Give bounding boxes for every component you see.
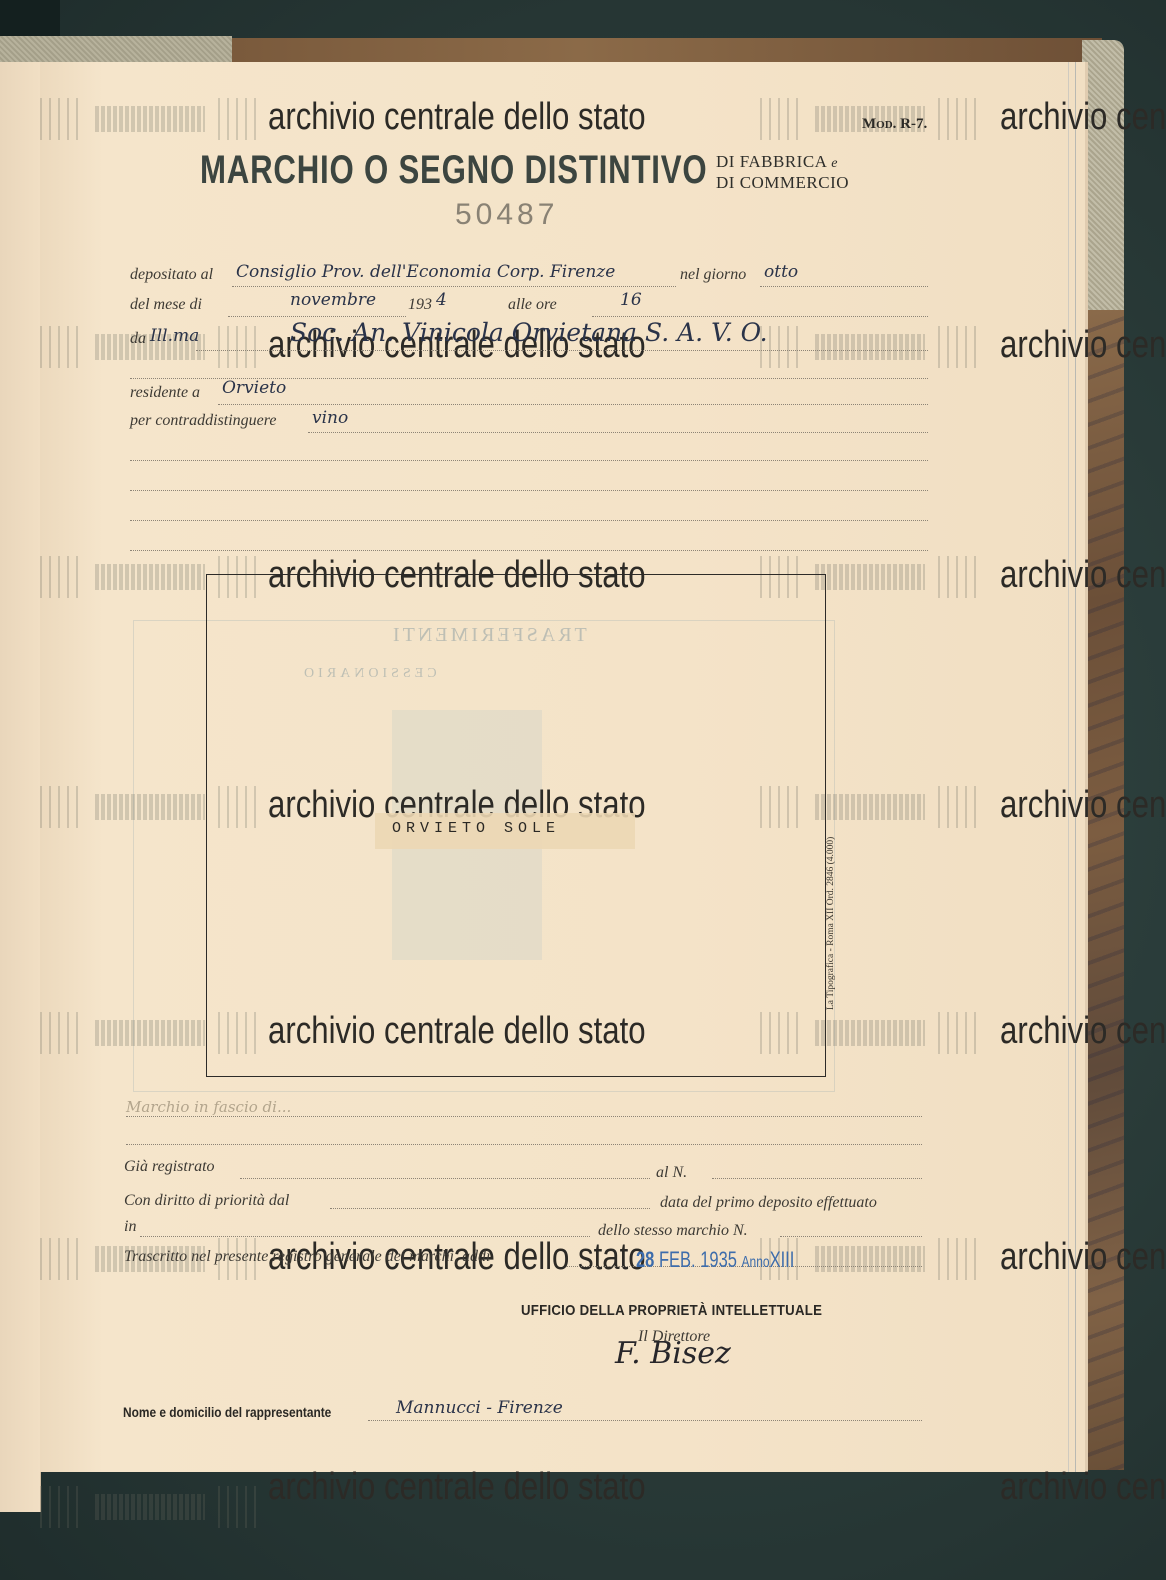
left-page-edge: [0, 62, 41, 1512]
dotted-line: [330, 1208, 650, 1209]
director-signature: F. Bisez: [615, 1336, 731, 1371]
dotted-line: [126, 1144, 922, 1145]
same-mark-label: dello stesso marchio N.: [598, 1222, 748, 1240]
dotted-line: [130, 520, 928, 521]
representative-value: Mannucci - Firenze: [396, 1398, 563, 1418]
mark-text: ORVIETO SOLE: [392, 820, 560, 837]
registration-number: 50487: [455, 198, 558, 232]
office-name: UFFICIO DELLA PROPRIETÀ INTELLETTUALE: [521, 1302, 822, 1319]
date-stamp: 28 FEB. 1935 AnnoXIII: [636, 1247, 794, 1273]
subtitle-line-commercio: DI COMMERCIO: [716, 173, 849, 192]
binder-leather-edge: [1088, 310, 1124, 1470]
resident-value: Orvieto: [222, 378, 286, 398]
dotted-line: [196, 350, 928, 351]
day-value: otto: [764, 262, 798, 282]
page-title: MARCHIO O SEGNO DISTINTIVO: [200, 148, 707, 193]
already-registered-label: Già registrato: [124, 1158, 215, 1176]
deposited-at-value: Consiglio Prov. dell'Economia Corp. Fire…: [236, 262, 615, 282]
subtitle-line-fabbrica: DI FABBRICA: [716, 152, 827, 171]
dotted-line: [126, 1116, 922, 1117]
year-prefix: 193: [408, 296, 432, 314]
stamp-era: XIII: [770, 1247, 795, 1272]
resident-label: residente a: [130, 384, 200, 402]
title-subtitle: DI FABBRICA e DI COMMERCIO: [716, 152, 849, 192]
dotted-line: [130, 460, 928, 461]
first-deposit-label: data del primo deposito effettuato: [660, 1194, 877, 1212]
dotted-line: [140, 1236, 590, 1237]
subtitle-annotation: e: [831, 156, 838, 171]
dotted-line: [232, 286, 676, 287]
dotted-line: [218, 404, 928, 405]
transcribed-label: Trascritto nel presente registro general…: [124, 1248, 490, 1266]
printer-note: La Tipografica - Roma XII Ord. 2846 (4.0…: [826, 837, 836, 1010]
page-stack-line: [1068, 62, 1069, 1472]
in-label: in: [124, 1218, 136, 1236]
binder-leather-top: [232, 38, 1102, 62]
at-number-label: al N.: [656, 1164, 687, 1182]
stamp-day: 28: [636, 1247, 654, 1272]
dotted-line: [592, 316, 928, 317]
dotted-line: [780, 1236, 922, 1237]
dotted-line: [760, 286, 928, 287]
page-stack-line: [1075, 62, 1076, 1472]
by-label: da: [130, 330, 146, 348]
dotted-line: [308, 432, 928, 433]
model-code: Mod. R-7.: [862, 116, 927, 133]
hour-value: 16: [620, 290, 642, 310]
day-label: nel giorno: [680, 266, 746, 284]
month-label: del mese di: [130, 296, 202, 314]
depositor-name: Soc. An. Vinicola Orvietana S. A. V. O.: [290, 318, 768, 347]
dotted-line: [240, 1178, 650, 1179]
dotted-line: [368, 1420, 922, 1421]
dotted-line: [130, 490, 928, 491]
dotted-line: [130, 550, 928, 551]
deposited-at-label: depositato al: [130, 266, 213, 284]
stamp-year: 1935: [700, 1247, 737, 1272]
year-suffix: 4: [436, 290, 447, 310]
dotted-line: [712, 1178, 922, 1179]
binder-cloth-top: [0, 36, 232, 62]
month-value: novembre: [290, 290, 376, 310]
stamp-era-label: Anno: [742, 1254, 770, 1271]
faded-annotation: Marchio in fascio di...: [126, 1098, 291, 1116]
purpose-label: per contraddistinguere: [130, 412, 277, 430]
by-title: Ill.ma: [150, 326, 199, 346]
representative-label: Nome e domicilio del rappresentante: [123, 1404, 331, 1420]
binder-cloth-corner: [1082, 40, 1124, 310]
binder-shadow: [0, 0, 60, 40]
hour-label: alle ore: [508, 296, 557, 314]
priority-label: Con diritto di priorità dal: [124, 1192, 289, 1210]
stamp-month: FEB.: [659, 1247, 696, 1272]
dotted-line: [228, 316, 406, 317]
purpose-value: vino: [312, 408, 348, 428]
